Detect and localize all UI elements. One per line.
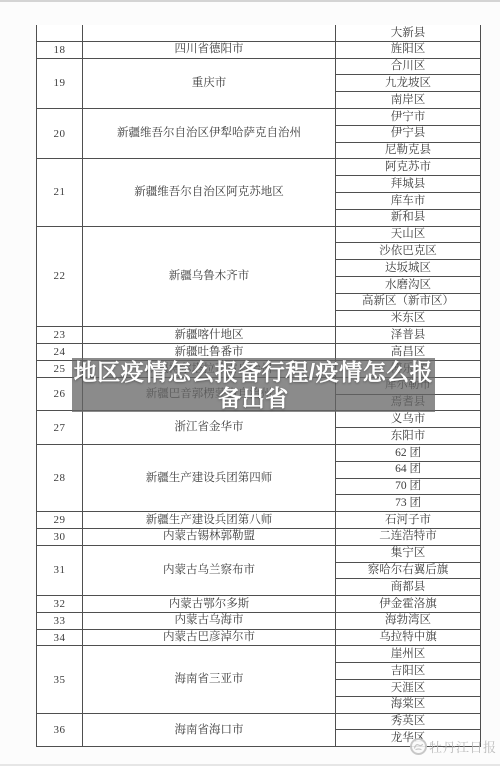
table-row: 22新疆乌鲁木齐市天山区	[37, 226, 481, 243]
region-cell: 新疆维吾尔自治区阿克苏地区	[83, 159, 336, 226]
region-cell: 内蒙古巴彦淖尔市	[83, 629, 336, 646]
region-cell: 新疆维吾尔自治区伊犁哈萨克自治州	[83, 108, 336, 158]
district-cell: 泽普县	[336, 327, 481, 344]
row-number-cell: 33	[37, 612, 83, 629]
region-cell: 重庆市	[83, 58, 336, 108]
row-number-cell: 23	[37, 327, 83, 344]
district-cell: 义乌市	[336, 411, 481, 428]
district-cell: 伊宁市	[336, 108, 481, 125]
row-number-cell: 28	[37, 444, 83, 511]
district-cell: 东阳市	[336, 428, 481, 445]
district-cell: 九龙坡区	[336, 75, 481, 92]
region-cell: 内蒙古鄂尔多斯	[83, 596, 336, 613]
row-number-cell: 19	[37, 58, 83, 108]
row-number-cell: 34	[37, 629, 83, 646]
row-number-cell: 22	[37, 226, 83, 327]
district-cell: 崖州区	[336, 646, 481, 663]
watermark-text: 牡丹江日报	[429, 737, 497, 756]
row-number-cell: 18	[37, 41, 83, 58]
district-cell: 海勃湾区	[336, 612, 481, 629]
district-cell: 新和县	[336, 209, 481, 226]
table-row: 29新疆生产建设兵团第八师石河子市	[37, 512, 481, 529]
district-cell: 伊金霍洛旗	[336, 596, 481, 613]
headline-line-2: 备出省	[218, 385, 289, 411]
district-cell: 62 团	[336, 444, 481, 461]
district-cell: 米东区	[336, 310, 481, 327]
photo-edge-top	[0, 0, 500, 2]
table-row: 19重庆市合川区	[37, 58, 481, 75]
row-number-cell: 29	[37, 512, 83, 529]
table-row: 27浙江省金华市义乌市	[37, 411, 481, 428]
region-cell: 新疆生产建设兵团第四师	[83, 444, 336, 511]
region-cell: 内蒙古乌兰察布市	[83, 545, 336, 595]
region-cell: 新疆乌鲁木齐市	[83, 226, 336, 327]
table-row: 36海南省海口市秀英区	[37, 713, 481, 730]
table-row: 大新县	[37, 25, 481, 41]
row-number-cell: 32	[37, 596, 83, 613]
region-cell: 内蒙古锡林郭勒盟	[83, 528, 336, 545]
district-cell: 阿克苏市	[336, 159, 481, 176]
region-cell: 新疆喀什地区	[83, 327, 336, 344]
district-cell: 商都县	[336, 579, 481, 596]
table-row: 33内蒙古乌海市海勃湾区	[37, 612, 481, 629]
table-row: 28新疆生产建设兵团第四师62 团	[37, 444, 481, 461]
district-cell: 旌阳区	[336, 41, 481, 58]
region-cell: 海南省海口市	[83, 713, 336, 747]
table-row: 20新疆维吾尔自治区伊犁哈萨克自治州伊宁市	[37, 108, 481, 125]
headline-line-1: 地区疫情怎么报备行程/疫情怎么报	[74, 359, 433, 385]
district-cell: 天涯区	[336, 680, 481, 697]
district-cell: 库车市	[336, 192, 481, 209]
district-cell: 64 团	[336, 461, 481, 478]
row-number-cell: 36	[37, 713, 83, 747]
table-row: 30内蒙古锡林郭勒盟二连浩特市	[37, 528, 481, 545]
headline-overlay: 地区疫情怎么报备行程/疫情怎么报 备出省	[72, 358, 435, 412]
row-number-cell: 35	[37, 646, 83, 713]
table-row: 35海南省三亚市崖州区	[37, 646, 481, 663]
region-cell: 四川省德阳市	[83, 41, 336, 58]
mudanjiang-daily-logo-icon	[410, 738, 427, 755]
region-cell: 海南省三亚市	[83, 646, 336, 713]
watermark: 牡丹江日报	[410, 735, 497, 757]
row-number-cell: 27	[37, 411, 83, 445]
row-number-cell	[37, 25, 83, 41]
district-cell: 集宁区	[336, 545, 481, 562]
table-row: 21新疆维吾尔自治区阿克苏地区阿克苏市	[37, 159, 481, 176]
table-row: 18四川省德阳市旌阳区	[37, 41, 481, 58]
region-cell: 浙江省金华市	[83, 411, 336, 445]
district-cell: 达坂城区	[336, 260, 481, 277]
district-cell: 70 团	[336, 478, 481, 495]
row-number-cell: 21	[37, 159, 83, 226]
district-cell: 伊宁县	[336, 125, 481, 142]
district-cell: 沙依巴克区	[336, 243, 481, 260]
region-cell	[83, 25, 336, 41]
region-cell: 内蒙古乌海市	[83, 612, 336, 629]
district-cell: 73 团	[336, 495, 481, 512]
district-cell: 合川区	[336, 58, 481, 75]
district-cell: 乌拉特中旗	[336, 629, 481, 646]
district-cell: 察哈尔右翼后旗	[336, 562, 481, 579]
district-cell: 天山区	[336, 226, 481, 243]
district-cell: 大新县	[336, 25, 481, 41]
row-number-cell: 31	[37, 545, 83, 595]
district-cell: 秀英区	[336, 713, 481, 730]
district-cell: 水磨沟区	[336, 276, 481, 293]
region-cell: 新疆生产建设兵团第八师	[83, 512, 336, 529]
table-row: 23新疆喀什地区泽普县	[37, 327, 481, 344]
district-cell: 尼勒克县	[336, 142, 481, 159]
row-number-cell: 20	[37, 108, 83, 158]
district-cell: 二连浩特市	[336, 528, 481, 545]
district-cell: 石河子市	[336, 512, 481, 529]
table-row: 34内蒙古巴彦淖尔市乌拉特中旗	[37, 629, 481, 646]
table-row: 31内蒙古乌兰察布市集宁区	[37, 545, 481, 562]
district-cell: 南岸区	[336, 92, 481, 109]
district-cell: 拜城县	[336, 176, 481, 193]
district-cell: 海棠区	[336, 696, 481, 713]
district-cell: 高新区（新市区）	[336, 293, 481, 310]
table-row: 32内蒙古鄂尔多斯伊金霍洛旗	[37, 596, 481, 613]
row-number-cell: 30	[37, 528, 83, 545]
district-cell: 吉阳区	[336, 663, 481, 680]
